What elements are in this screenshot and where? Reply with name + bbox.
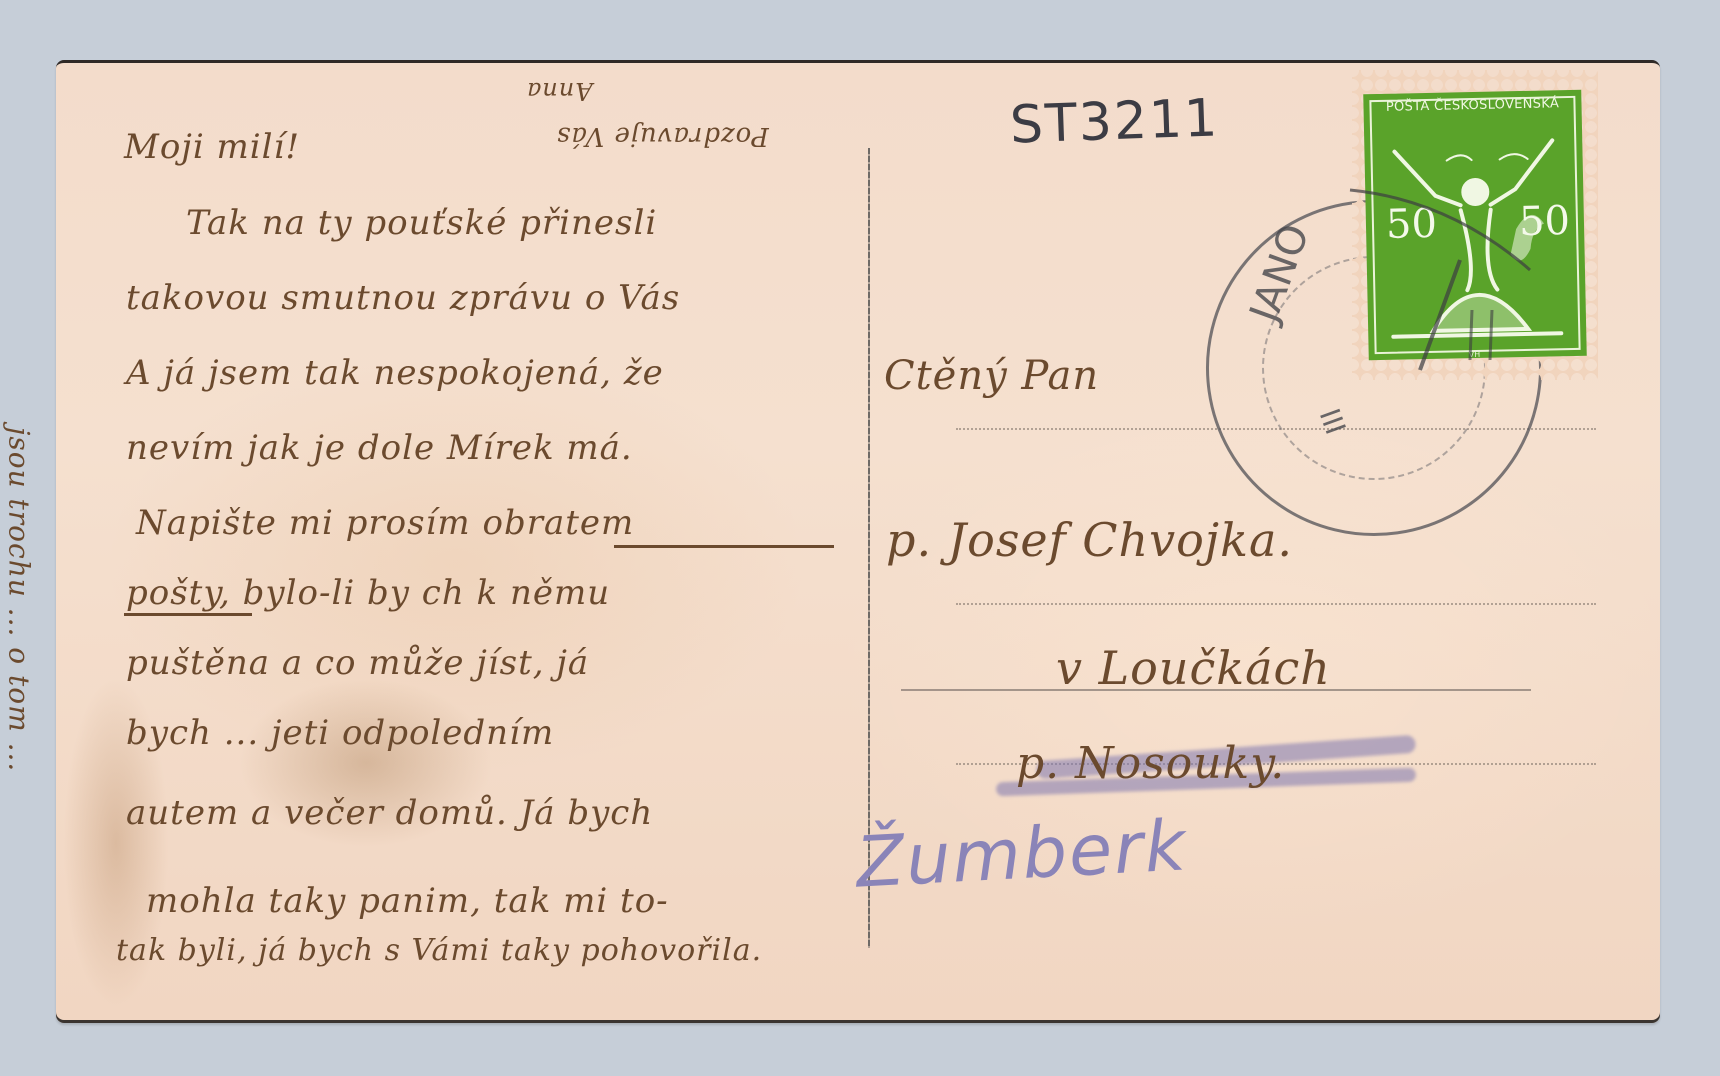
address-guide-line	[956, 603, 1596, 605]
message-line: nevím jak je dole Mírek má.	[126, 428, 633, 468]
message-line: puštěna a co může jíst, já	[126, 643, 589, 683]
address-salutation: Ctěný Pan	[884, 353, 1099, 399]
margin-vertical-text: jsou trochu ... o tom ...	[2, 427, 35, 773]
message-line: A já jsem tak nespokojená, že	[126, 353, 664, 393]
reference-label: ST3211	[1009, 88, 1220, 155]
message-line: tak byli, já bych s Vámi taky pohovořila…	[116, 933, 762, 968]
cancellation-strokes	[1330, 180, 1580, 380]
message-line: Tak na ty pouťské přinesli	[186, 203, 657, 243]
address-post-office-struck: p. Nosouky.	[1016, 738, 1285, 789]
message-line: takovou smutnou zprávu o Vás	[126, 278, 680, 318]
underline-posty	[124, 613, 252, 616]
message-line: Napište mi prosím obratem	[136, 503, 634, 543]
address-village: v Loučkách	[1056, 641, 1331, 695]
upside-down-greeting: Pozdravuje Vás	[556, 121, 769, 151]
message-line: bych ... jeti odpoledním	[126, 713, 554, 753]
upside-down-signature: Anna	[526, 77, 593, 105]
message-line: autem a večer domů. Já bych	[126, 793, 653, 833]
message-line: mohla taky panim, tak mi to-	[146, 881, 669, 921]
underline-obratem	[614, 545, 834, 548]
address-name: p. Josef Chvojka.	[886, 513, 1293, 567]
message-greeting: Moji milí!	[124, 127, 300, 167]
pencil-correction: Žumberk	[854, 804, 1189, 903]
message-line: pošty, bylo-li by ch k němu	[126, 573, 610, 613]
